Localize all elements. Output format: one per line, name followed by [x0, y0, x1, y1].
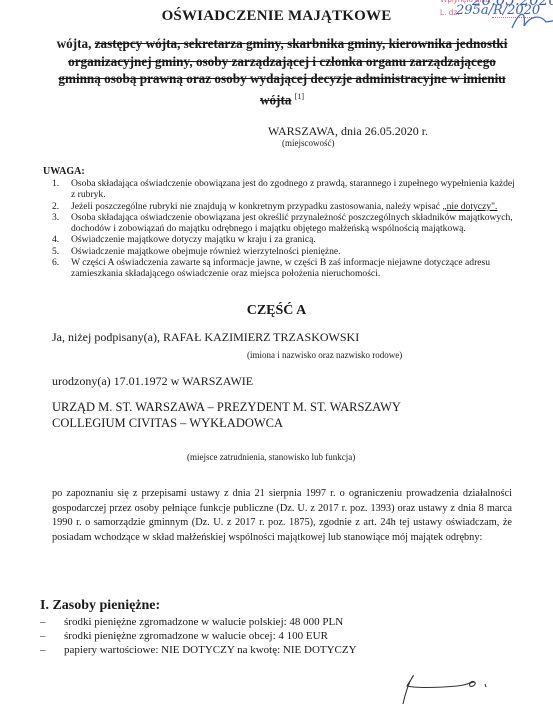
signature-icon — [395, 670, 553, 707]
part-a-title: CZĘŚĆ A — [0, 303, 553, 319]
notes-item: 3.Osoba składająca oświadczenie obowiąza… — [50, 212, 520, 235]
notes-heading: UWAGA: — [43, 166, 85, 177]
subtitle-active-role: wójta, — [57, 36, 95, 51]
notes-item: 2.Jeżeli poszczególne rubryki nie znajdu… — [50, 201, 520, 212]
place-caption: (miejscowość) — [282, 138, 334, 148]
notes-item: 4.Oświadczenie majątkowe dotyczy majątku… — [50, 234, 520, 245]
notes-item: 1.Osoba składająca oświadczenie obowiąza… — [50, 178, 520, 201]
asset-item: –środki pieniężne zgromadzone w walucie … — [40, 629, 510, 643]
assets-list: –środki pieniężne zgromadzone w walucie … — [40, 615, 510, 657]
notes-item: 6.W części A oświadczenia zawarte są inf… — [50, 257, 520, 280]
declarant-name: Ja, niżej podpisany(a), RAFAŁ KAZIMIERZ … — [52, 330, 359, 345]
birth-info: urodzony(a) 17.01.1972 w WARSZAWIE — [52, 374, 253, 389]
not-applicable-phrase: „nie dotyczy". — [442, 201, 497, 212]
employment-line: URZĄD M. ST. WARSZAWA – PREZYDENT M. ST.… — [52, 400, 401, 415]
place-and-date: WARSZAWA, dnia 26.05.2020 r. — [268, 124, 428, 139]
document-title: OŚWIADCZENIE MAJĄTKOWE — [0, 8, 553, 25]
notes-item: 5.Oświadczenie majątkowe obejmuje równie… — [50, 246, 520, 257]
document-subtitle: wójta, zastępcy wójta, sekretarza gminy,… — [52, 35, 512, 108]
employment-line: COLLEGIUM CIVITAS – WYKŁADOWCA — [52, 416, 283, 431]
notes-list: 1.Osoba składająca oświadczenie obowiąza… — [50, 178, 520, 280]
asset-item: –środki pieniężne zgromadzone w walucie … — [40, 615, 510, 629]
assets-heading: I. Zasoby pieniężne: — [40, 598, 160, 614]
footnote-ref: [1] — [295, 92, 304, 101]
asset-item: –papiery wartościowe: NIE DOTYCZY na kwo… — [40, 643, 510, 657]
declaration-paragraph: po zapoznaniu się z przepisami ustawy z … — [52, 487, 512, 545]
subtitle-struck-roles: zastępcy wójta, sekretarza gminy, skarbn… — [58, 36, 507, 107]
name-caption: (imiona i nazwisko oraz nazwisko rodowe) — [247, 350, 402, 360]
employment-caption: (miejsce zatrudnienia, stanowisko lub fu… — [187, 452, 355, 462]
